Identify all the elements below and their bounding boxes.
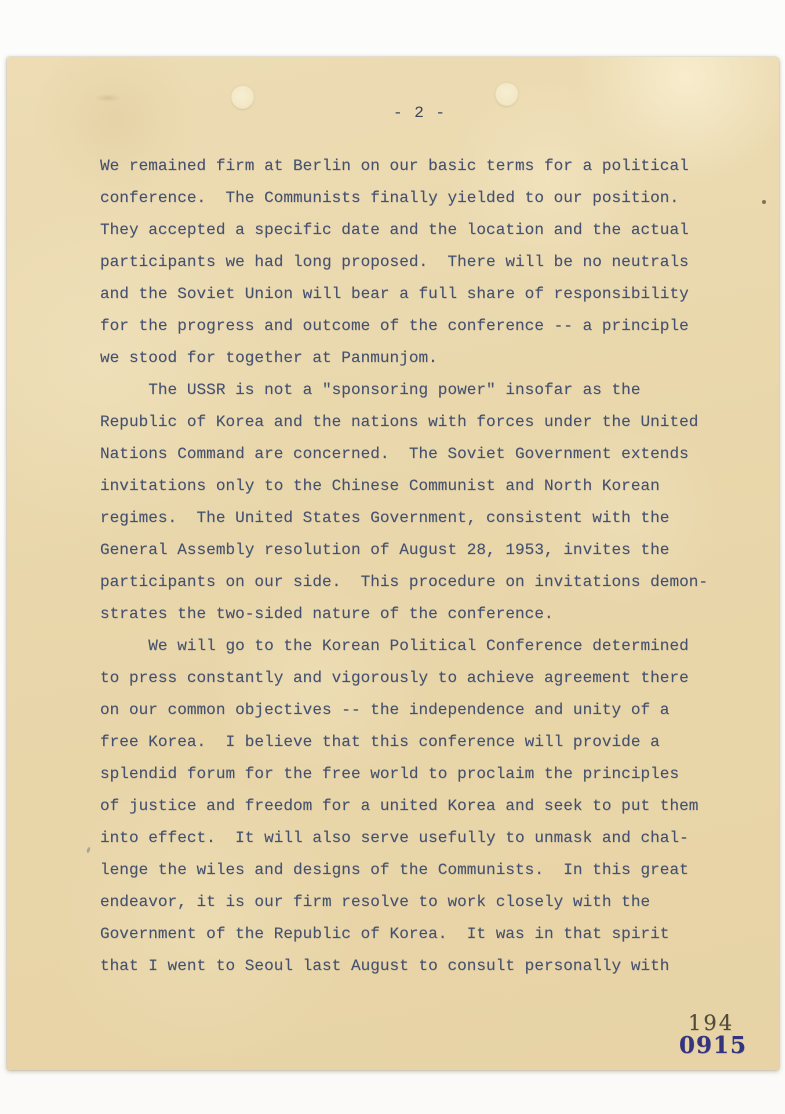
scan-artifact: [86, 847, 91, 854]
text-line: participants on our side. This procedure…: [100, 566, 740, 598]
text-line: Nations Command are concerned. The Sovie…: [100, 438, 740, 470]
archive-stamp: 194 0915: [679, 1012, 747, 1057]
text-line: we stood for together at Panmunjom.: [100, 342, 740, 374]
punch-hole-left: [231, 86, 254, 110]
scan-background: - 2 - We remained firm at Berlin on our …: [0, 0, 785, 1114]
text-line: free Korea. I believe that this conferen…: [100, 726, 740, 758]
document-page: - 2 - We remained firm at Berlin on our …: [7, 57, 779, 1070]
text-line: We will go to the Korean Political Confe…: [100, 630, 740, 662]
text-line: of justice and freedom for a united Kore…: [100, 790, 740, 822]
paper-stain: [95, 94, 121, 102]
text-line: to press constantly and vigorously to ac…: [100, 662, 740, 694]
text-line: into effect. It will also serve usefully…: [100, 822, 740, 854]
text-line: endeavor, it is our firm resolve to work…: [100, 886, 740, 918]
text-line: Government of the Republic of Korea. It …: [100, 918, 740, 950]
text-line: lenge the wiles and designs of the Commu…: [100, 854, 740, 886]
document-text: We remained firm at Berlin on our basic …: [100, 150, 740, 982]
scan-artifact: [762, 200, 766, 204]
text-line: conference. The Communists finally yield…: [100, 182, 740, 214]
page-number: - 2 -: [393, 104, 446, 122]
text-line: General Assembly resolution of August 28…: [100, 534, 740, 566]
punch-hole-right: [493, 81, 520, 109]
stamp-number-bottom: 0915: [679, 1034, 747, 1057]
text-line: invitations only to the Chinese Communis…: [100, 470, 740, 502]
text-line: The USSR is not a "sponsoring power" ins…: [100, 374, 740, 406]
text-line: splendid forum for the free world to pro…: [100, 758, 740, 790]
text-line: for the progress and outcome of the conf…: [100, 310, 740, 342]
text-line: They accepted a specific date and the lo…: [100, 214, 740, 246]
text-line: and the Soviet Union will bear a full sh…: [100, 278, 740, 310]
text-line: strates the two-sided nature of the conf…: [100, 598, 740, 630]
text-line: regimes. The United States Government, c…: [100, 502, 740, 534]
text-line: on our common objectives -- the independ…: [100, 694, 740, 726]
text-line: that I went to Seoul last August to cons…: [100, 950, 740, 982]
stamp-number-top: 194: [679, 1012, 747, 1034]
text-line: We remained firm at Berlin on our basic …: [100, 150, 740, 182]
text-line: Republic of Korea and the nations with f…: [100, 406, 740, 438]
text-line: participants we had long proposed. There…: [100, 246, 740, 278]
